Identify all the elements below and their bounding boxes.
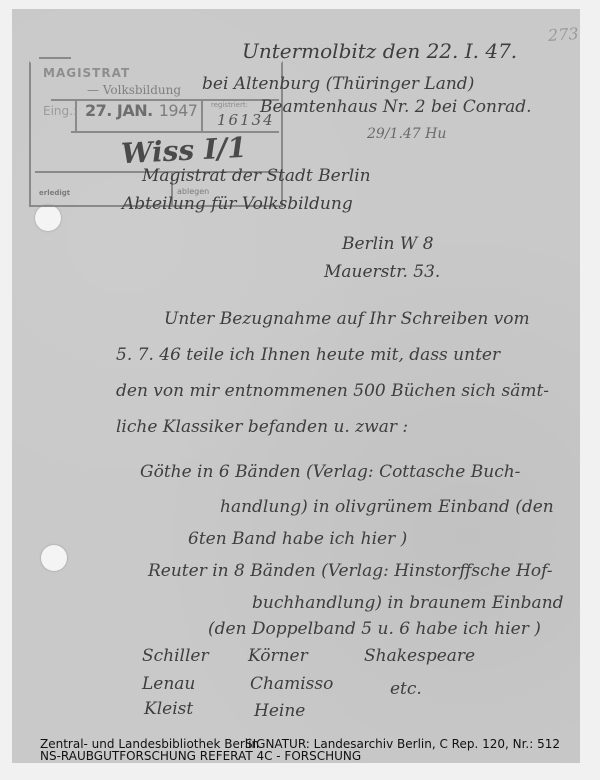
- letter-place-date: Untermolbitz den 22. I. 47.: [242, 39, 517, 63]
- author-name: etc.: [390, 679, 422, 699]
- author-name: Heine: [254, 701, 305, 721]
- stamp-received-date: 27. JAN.1947: [85, 101, 197, 120]
- body-line: Unter Bezugnahme auf Ihr Schreiben vom: [164, 309, 530, 329]
- folio-number: 273: [547, 24, 579, 45]
- punch-hole-top: [35, 205, 61, 231]
- body-line: 5. 7. 46 teile ich Ihnen heute mit, dass…: [116, 345, 500, 365]
- stamp-department: — Volksbildung: [87, 83, 181, 97]
- stamp-received-label: Eing.:: [43, 104, 77, 118]
- author-name: Shakespeare: [364, 646, 475, 666]
- stamp-divider: [201, 99, 203, 131]
- body-line: den von mir entnommenen 500 Büchen sich …: [116, 381, 549, 401]
- recipient-street: Mauerstr. 53.: [324, 262, 440, 282]
- author-name: Körner: [248, 646, 308, 666]
- stamp-register-label: registriert:: [211, 101, 248, 109]
- item-line: buchhandlung) in braunem Einband: [252, 593, 564, 613]
- received-note: 29/1.47 Hu: [367, 126, 446, 142]
- item-line: Göthe in 6 Bänden (Verlag: Cottasche Buc…: [140, 462, 520, 482]
- author-name: Chamisso: [250, 674, 333, 694]
- stamp-date-day-month: 27. JAN.: [85, 101, 153, 120]
- recipient-city: Berlin W 8: [342, 234, 434, 254]
- item-line: 6ten Band habe ich hier ): [188, 529, 407, 549]
- stamp-done-label: erledigt: [39, 189, 70, 197]
- author-name: Kleist: [144, 699, 193, 719]
- body-line: liche Klassiker befanden u. zwar :: [116, 417, 408, 437]
- stamp-rule: [71, 131, 279, 133]
- item-line: handlung) in olivgrünem Einband (den: [220, 497, 554, 517]
- stamp-office: MAGISTRAT: [43, 66, 130, 80]
- author-name: Schiller: [142, 646, 209, 666]
- stamp-handwritten-mark: Wiss I/1: [120, 131, 247, 171]
- punch-hole-bottom: [41, 545, 67, 571]
- recipient-line-2: Abteilung für Volksbildung: [122, 194, 353, 214]
- letter-sender-address: Beamtenhaus Nr. 2 bei Conrad.: [260, 97, 532, 117]
- footer-project: NS-RAUBGUTFORSCHUNG REFERAT 4C - FORSCHU…: [40, 750, 361, 762]
- author-name: Lenau: [142, 674, 195, 694]
- letter-place-detail: bei Altenburg (Thüringer Land): [202, 74, 474, 94]
- stamp-date-year: 1947: [159, 101, 198, 120]
- recipient-line-1: Magistrat der Stadt Berlin: [142, 166, 371, 186]
- stamp-dash: [39, 57, 71, 59]
- item-line: (den Doppelband 5 u. 6 habe ich hier ): [208, 619, 541, 639]
- letter-page: 273 MAGISTRAT — Volksbildung Eing.: 27. …: [12, 9, 580, 763]
- item-line: Reuter in 8 Bänden (Verlag: Hinstorffsch…: [148, 561, 553, 581]
